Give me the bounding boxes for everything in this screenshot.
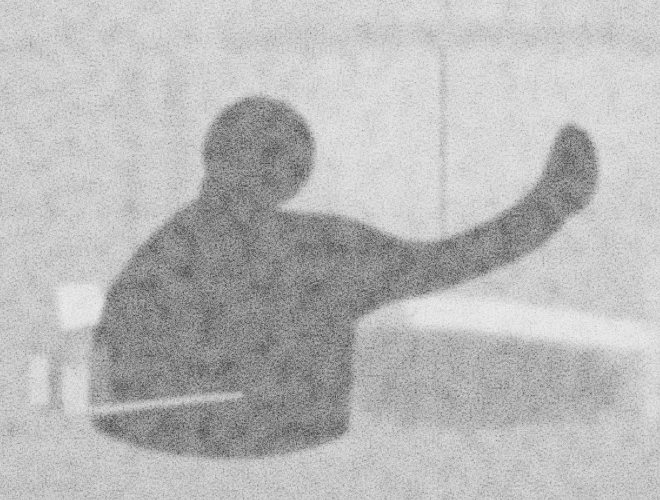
artwork-image: Grainy monochrome conte-crayon style dra… (0, 0, 660, 500)
coarse-grain-rect (0, 0, 660, 500)
coarse-grain-overlay (0, 0, 660, 500)
